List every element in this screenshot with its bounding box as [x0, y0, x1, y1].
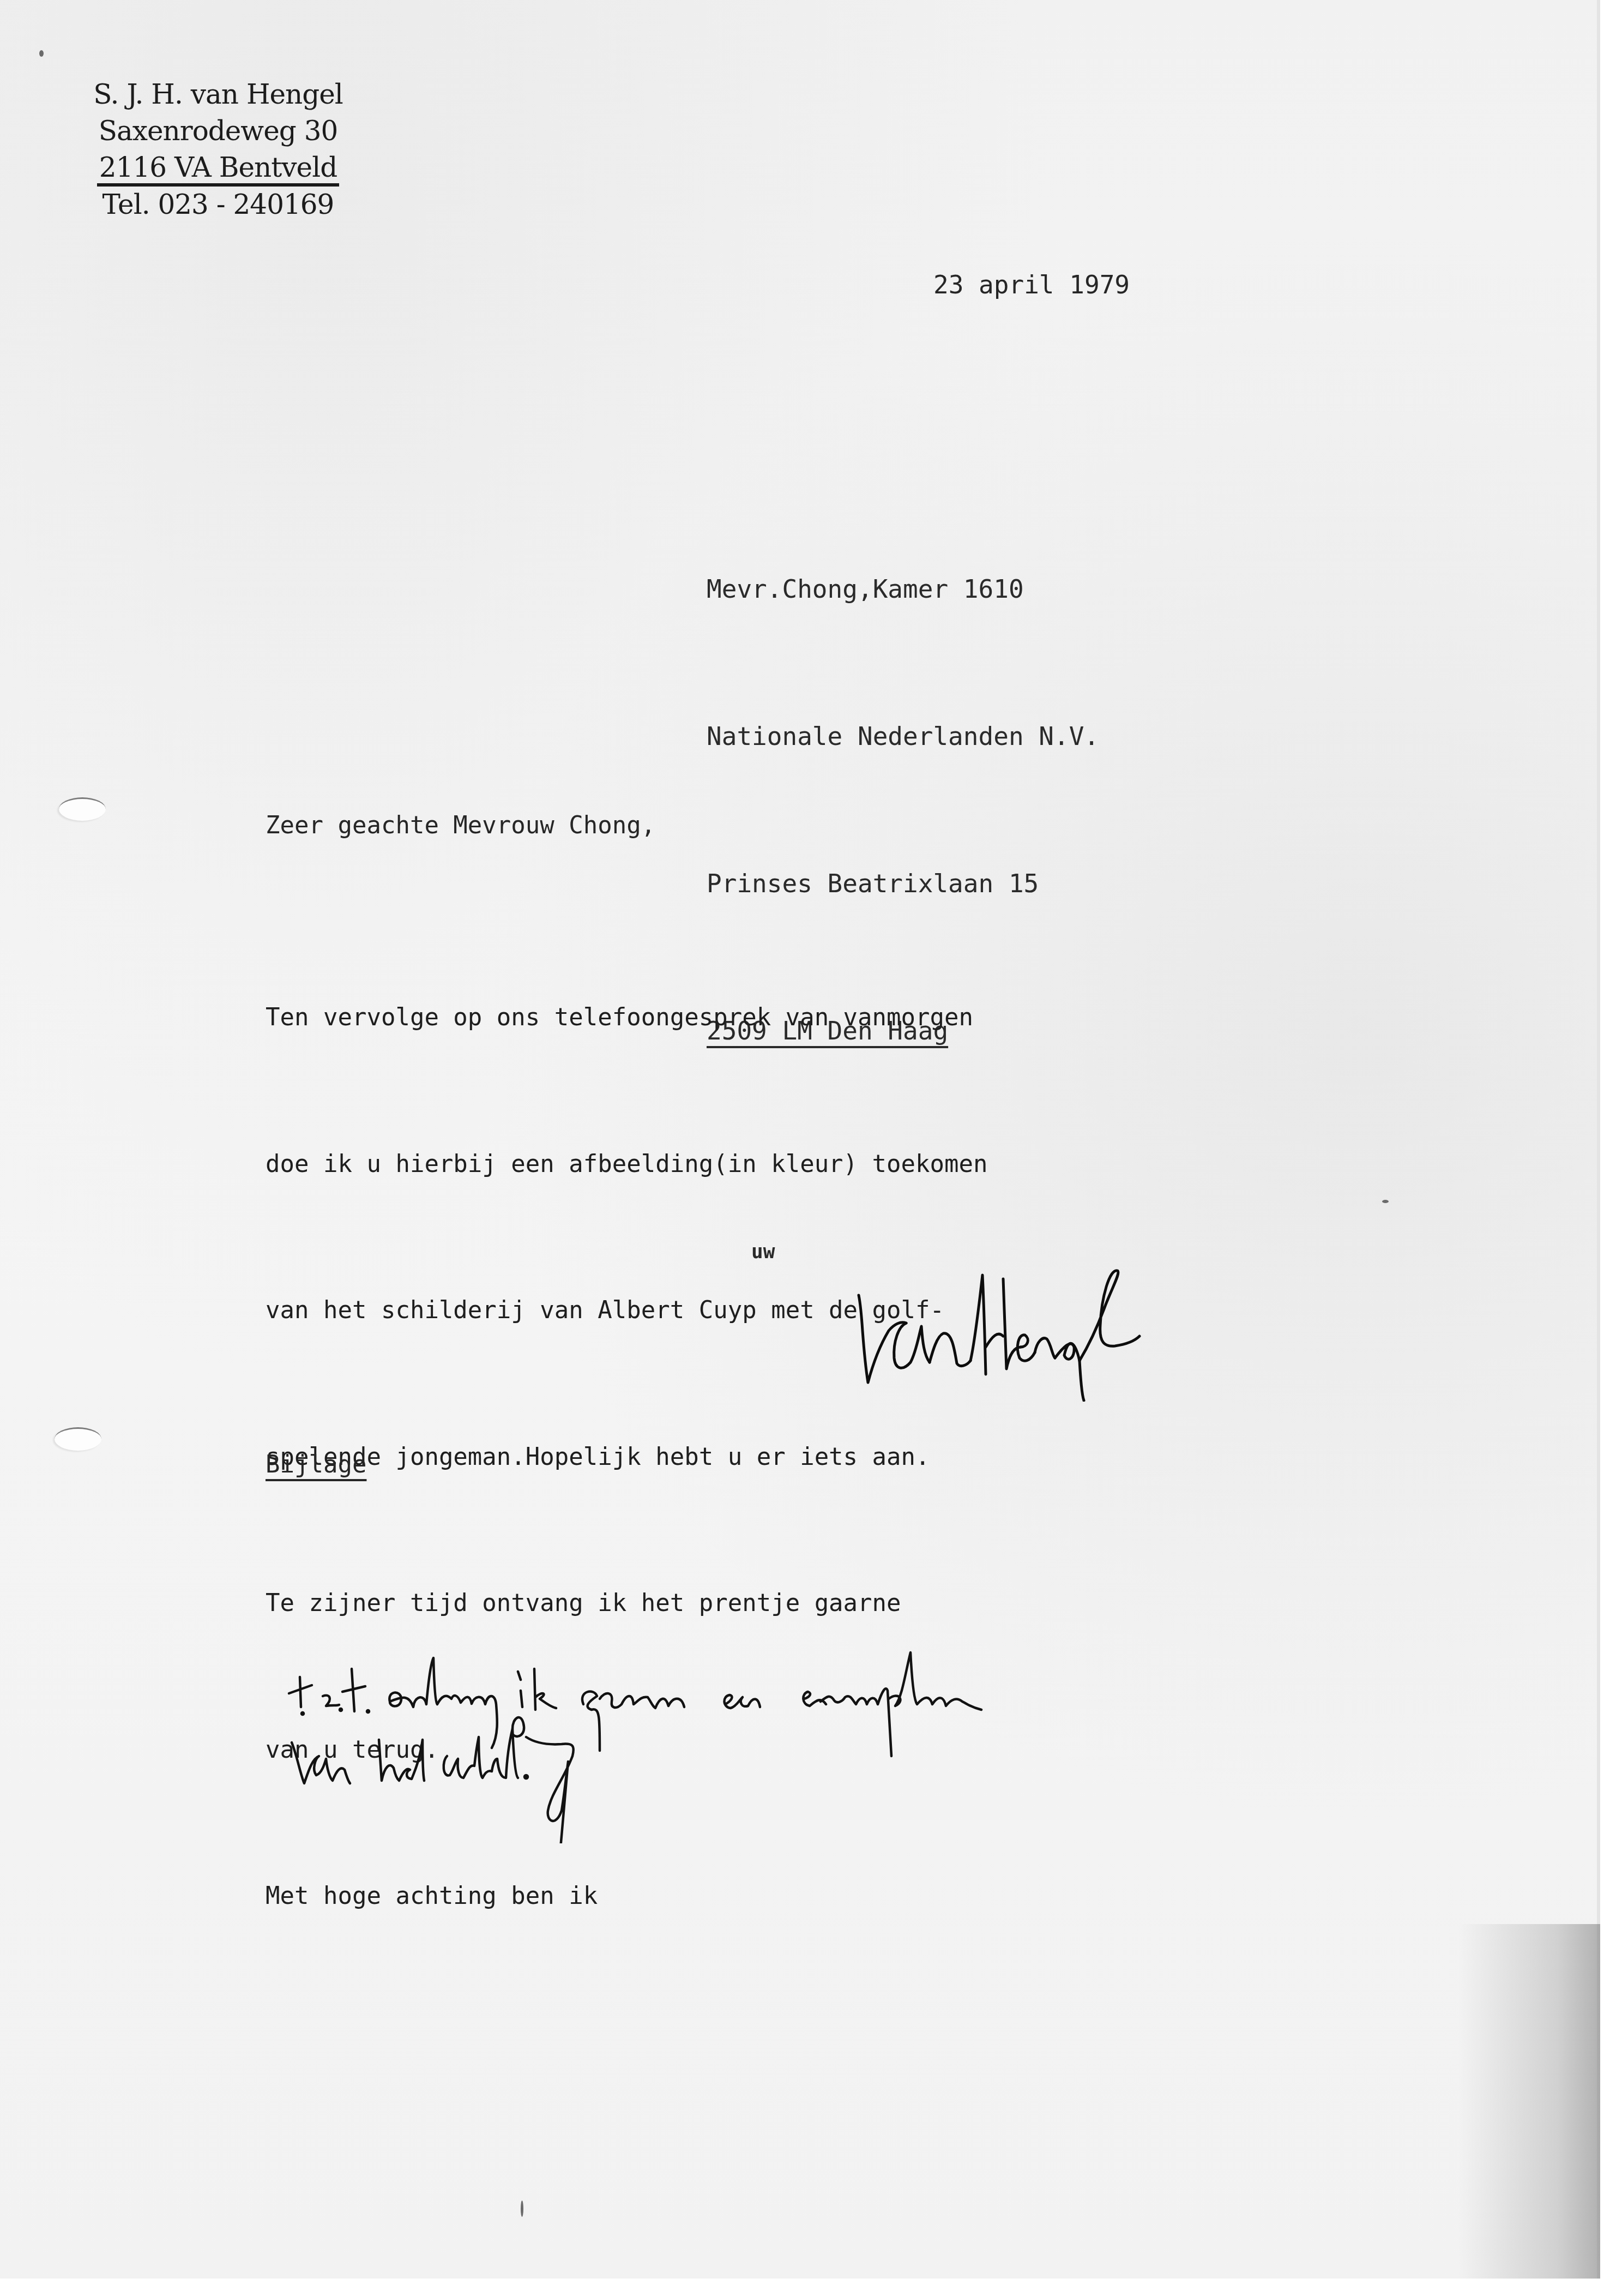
recipient-line: Nationale Nederlanden N.V.: [707, 712, 1099, 761]
scan-shadow: [1458, 1924, 1600, 2279]
letterhead: S. J. H. van Hengel Saxenrodeweg 30 2116…: [82, 76, 354, 223]
sender-phone: Tel. 023 - 240169: [82, 187, 354, 223]
handwritten-note-icon: t.z.t. ontvang ik gaarne een exemplaar: [278, 1647, 1341, 1843]
sender-street: Saxenrodeweg 30: [82, 113, 354, 149]
body-line: spelende jongeman.Hopelijk hebt u er iet…: [266, 1433, 988, 1482]
letter-date: 23 april 1979: [933, 270, 1130, 299]
punch-hole-icon: [59, 797, 106, 821]
body-line: doe ik u hierbij een afbeelding(in kleur…: [266, 1140, 988, 1189]
speck: [39, 50, 44, 57]
handwritten-signature-icon: [840, 1265, 1178, 1402]
recipient-line: Mevr.Chong,Kamer 1610: [707, 564, 1099, 614]
closing-word: uw: [751, 1241, 775, 1263]
enclosure-label: Bijlage: [266, 1451, 366, 1478]
punch-hole-icon: [55, 1427, 101, 1451]
closing-phrase: Met hoge achting ben ik: [266, 1872, 988, 1921]
letter-body: Ten vervolge op ons telefoongesprek van …: [266, 895, 988, 2018]
letter-page: S. J. H. van Hengel Saxenrodeweg 30 2116…: [0, 0, 1600, 2279]
sender-name: S. J. H. van Hengel: [82, 76, 354, 113]
body-line: Ten vervolge op ons telefoongesprek van …: [266, 993, 988, 1042]
speck: [1382, 1200, 1389, 1203]
body-line: Te zijner tijd ontvang ik het prentje ga…: [266, 1579, 988, 1628]
sender-city: 2116 VA Bentveld: [97, 152, 339, 187]
salutation: Zeer geachte Mevrouw Chong,: [266, 812, 655, 839]
speck: [521, 2201, 523, 2217]
